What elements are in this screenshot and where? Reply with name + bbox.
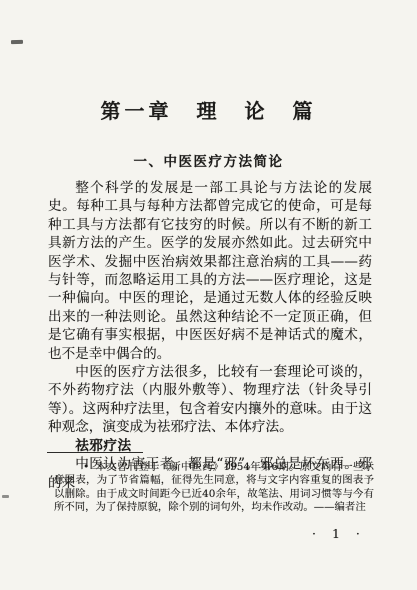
paragraph-science-tools: 整个科学的发展是一部工具论与方法论的发展史。每种工具与每种方法都曾完成它的使命，…	[48, 179, 372, 363]
paragraph-treatment-methods: 中医的医疗方法很多，比较有一套理论可谈的，不外药物疗法（内服外敷等）、物理疗法（…	[48, 363, 372, 437]
scan-artifact-top-left	[11, 40, 23, 44]
scan-artifact-left-edge	[2, 495, 9, 498]
footnote-text: •本文曾刊登于《新中医药》1954年第6期。原文尚有一些示意图表，为了节省篇幅，…	[54, 461, 374, 515]
footnote: •本文曾刊登于《新中医药》1954年第6期。原文尚有一些示意图表，为了节省篇幅，…	[54, 452, 374, 515]
section-heading: 一、中医医疗方法简论	[0, 150, 417, 170]
body-text: 整个科学的发展是一部工具论与方法论的发展史。每种工具与每种方法都曾完成它的使命，…	[48, 179, 372, 492]
chapter-title: 第一章 理 论 篇	[0, 95, 417, 124]
footnote-separator-line	[47, 452, 143, 453]
scanned-book-page: 第一章 理 论 篇 一、中医医疗方法简论 整个科学的发展是一部工具论与方法论的发…	[0, 0, 417, 590]
page-number: · 1 ·	[312, 526, 366, 541]
footnote-bullet-icon: •	[83, 461, 89, 473]
footnote-body: 本文曾刊登于《新中医药》1954年第6期。原文尚有一些示意图表，为了节省篇幅，征…	[54, 461, 374, 513]
